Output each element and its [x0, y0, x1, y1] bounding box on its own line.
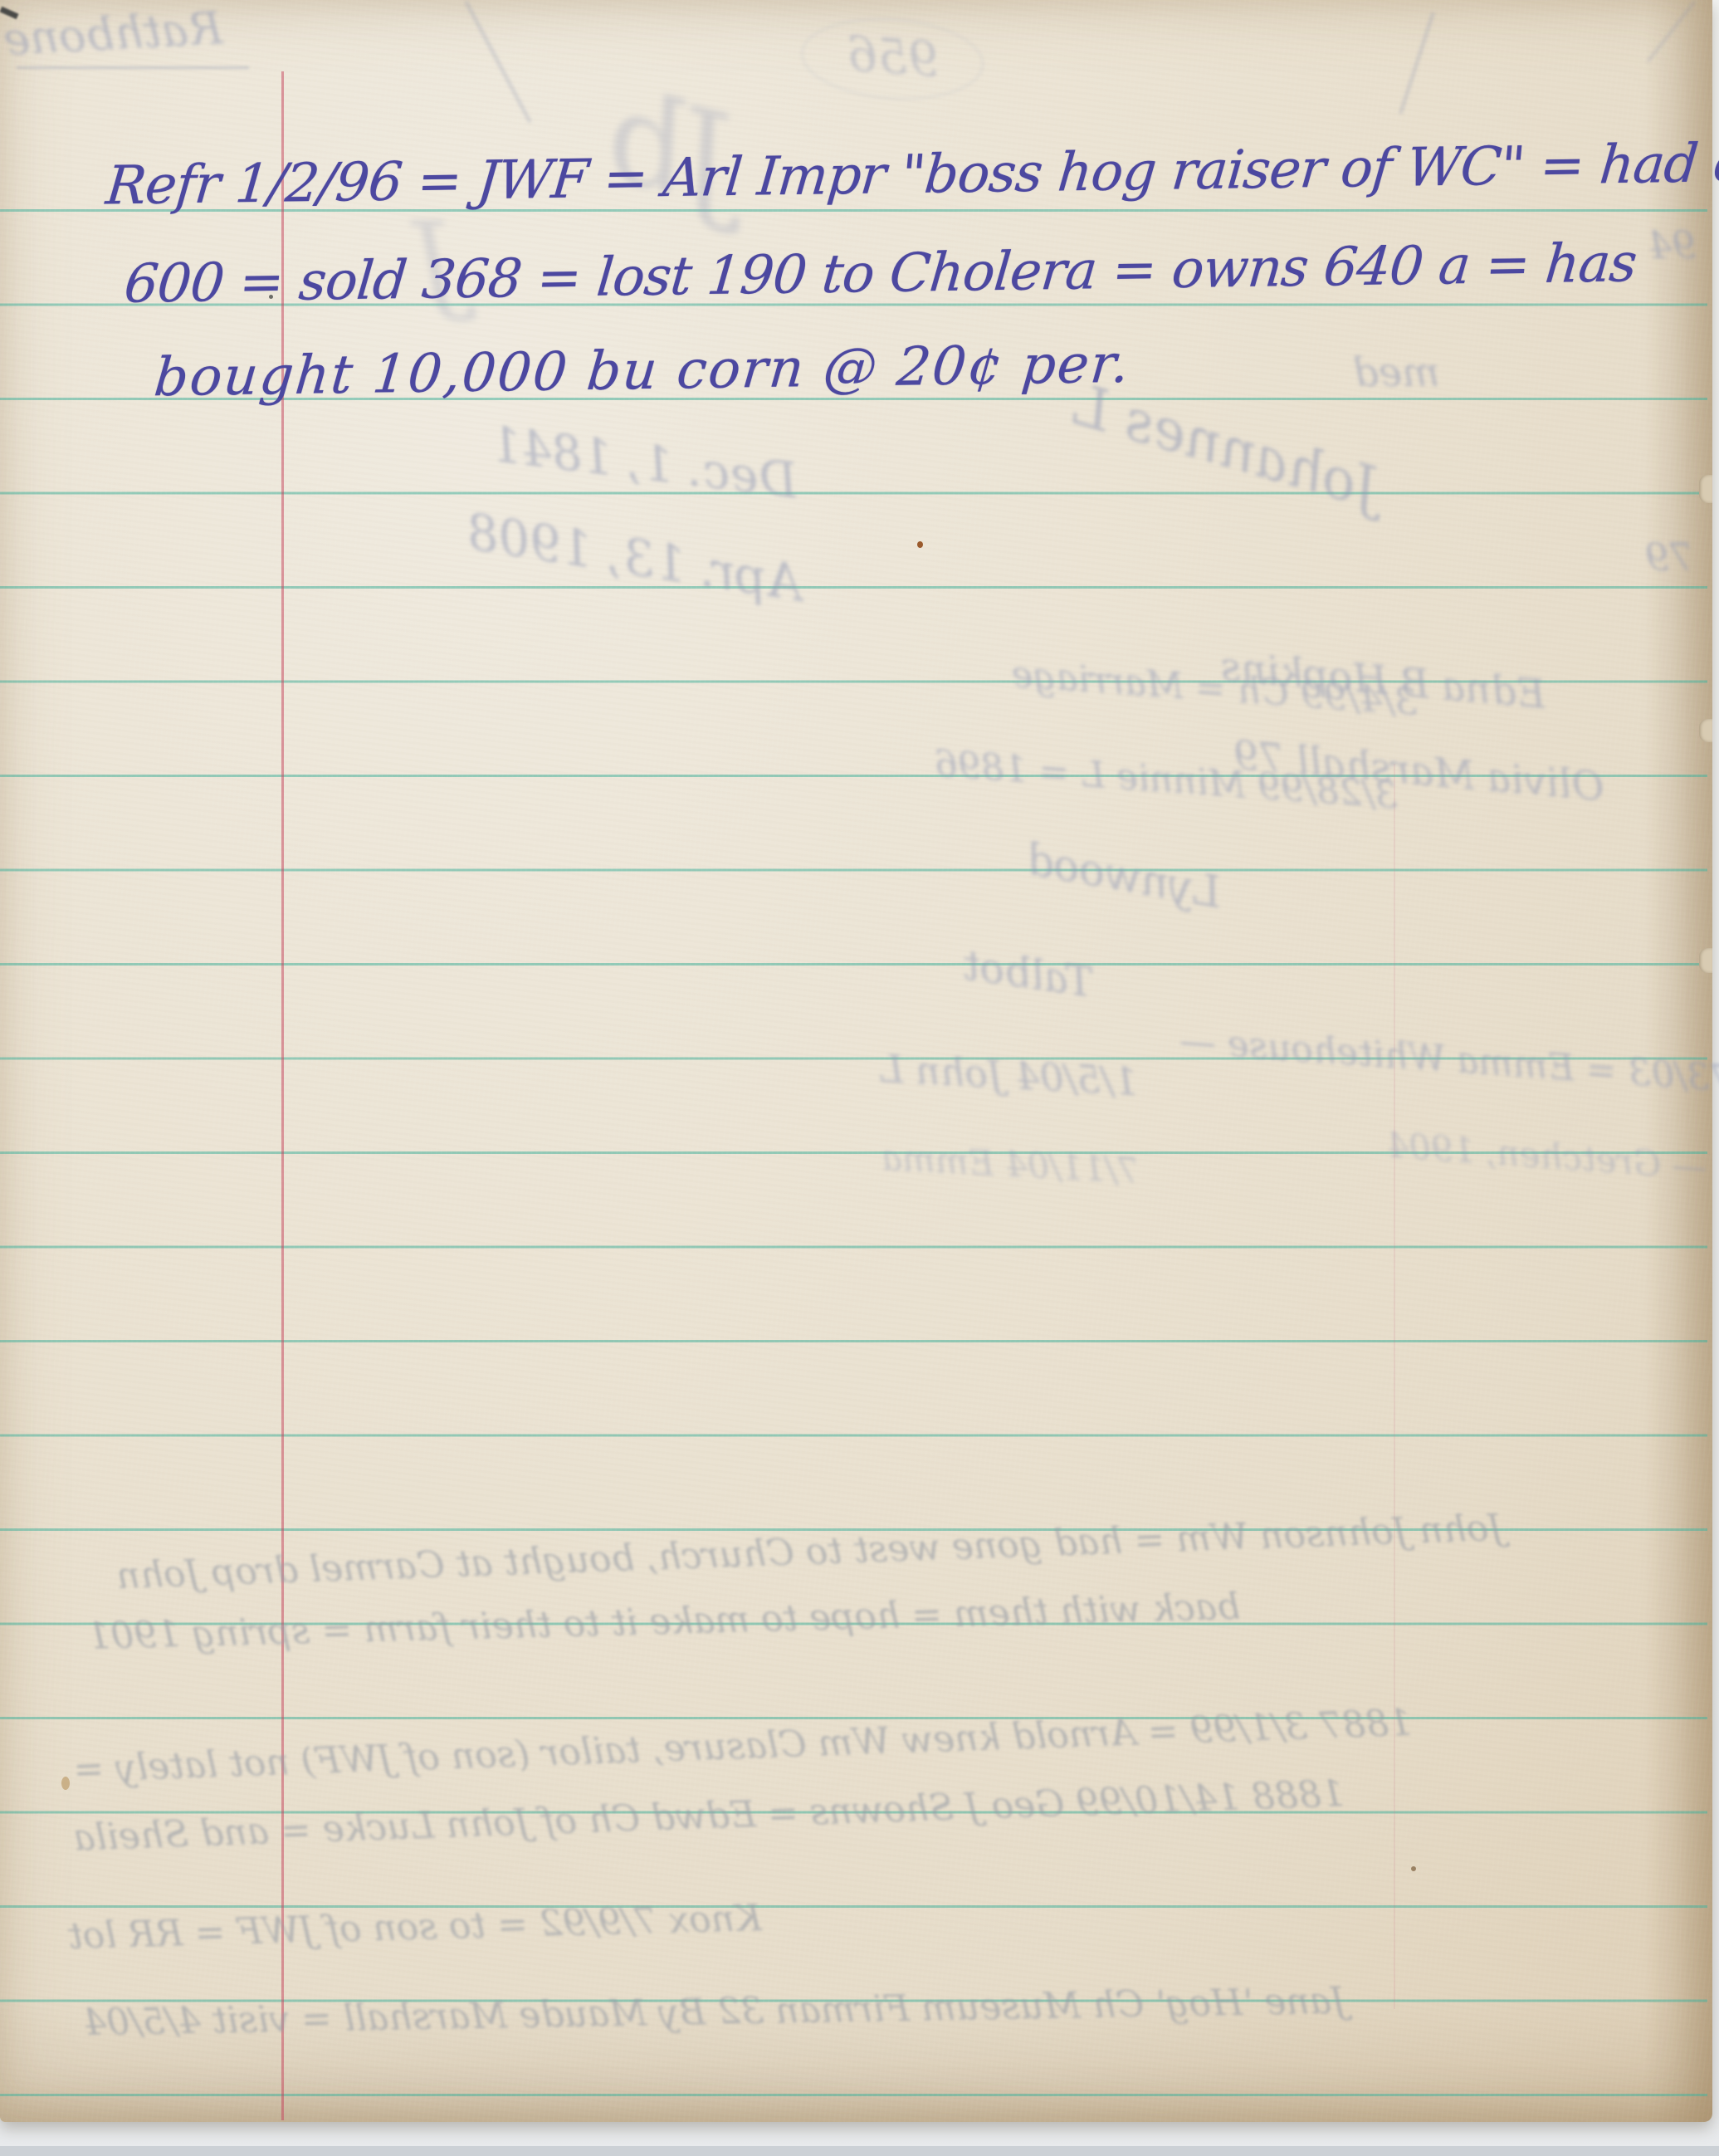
scanner-bed-strip [0, 2146, 1719, 2156]
bleedthrough-diagonal-stroke [465, 1, 532, 124]
paper-speck [917, 541, 923, 548]
handwritten-note-line-3: bought 10,000 bu corn @ 20¢ per. [152, 338, 1133, 405]
paper-edge-nick [1699, 719, 1712, 742]
bleedthrough-margin-number: 94 [1648, 226, 1697, 264]
paper-speck [269, 295, 273, 299]
faint-second-margin-line [1394, 764, 1395, 2009]
paper-edge-nick [1699, 948, 1712, 973]
bleedthrough-name-top-left: Rathbone [2, 6, 224, 62]
paper-edge-nick [1699, 475, 1712, 503]
paper-speck [61, 1777, 70, 1790]
bleedthrough-circled-page-number: 956 [798, 12, 987, 105]
notebook-paper: Rathbone 956 Jb J 94 med Refr 1/2/96 = J… [0, 0, 1712, 2122]
handwritten-note-line-1: Refr 1/2/96 = JWF = Arl Impr "boss hog r… [104, 135, 1719, 213]
bleedthrough-corner-stroke [1647, 1, 1696, 62]
paper-speck [1411, 1866, 1416, 1871]
scanned-page: Rathbone 956 Jb J 94 med Refr 1/2/96 = J… [0, 0, 1719, 2156]
bleedthrough-word: med [1353, 353, 1440, 393]
bleedthrough-underline [17, 66, 249, 69]
bleedthrough-slash-mark [1399, 12, 1434, 115]
bleedthrough-margin-number: 79 [1645, 538, 1694, 576]
